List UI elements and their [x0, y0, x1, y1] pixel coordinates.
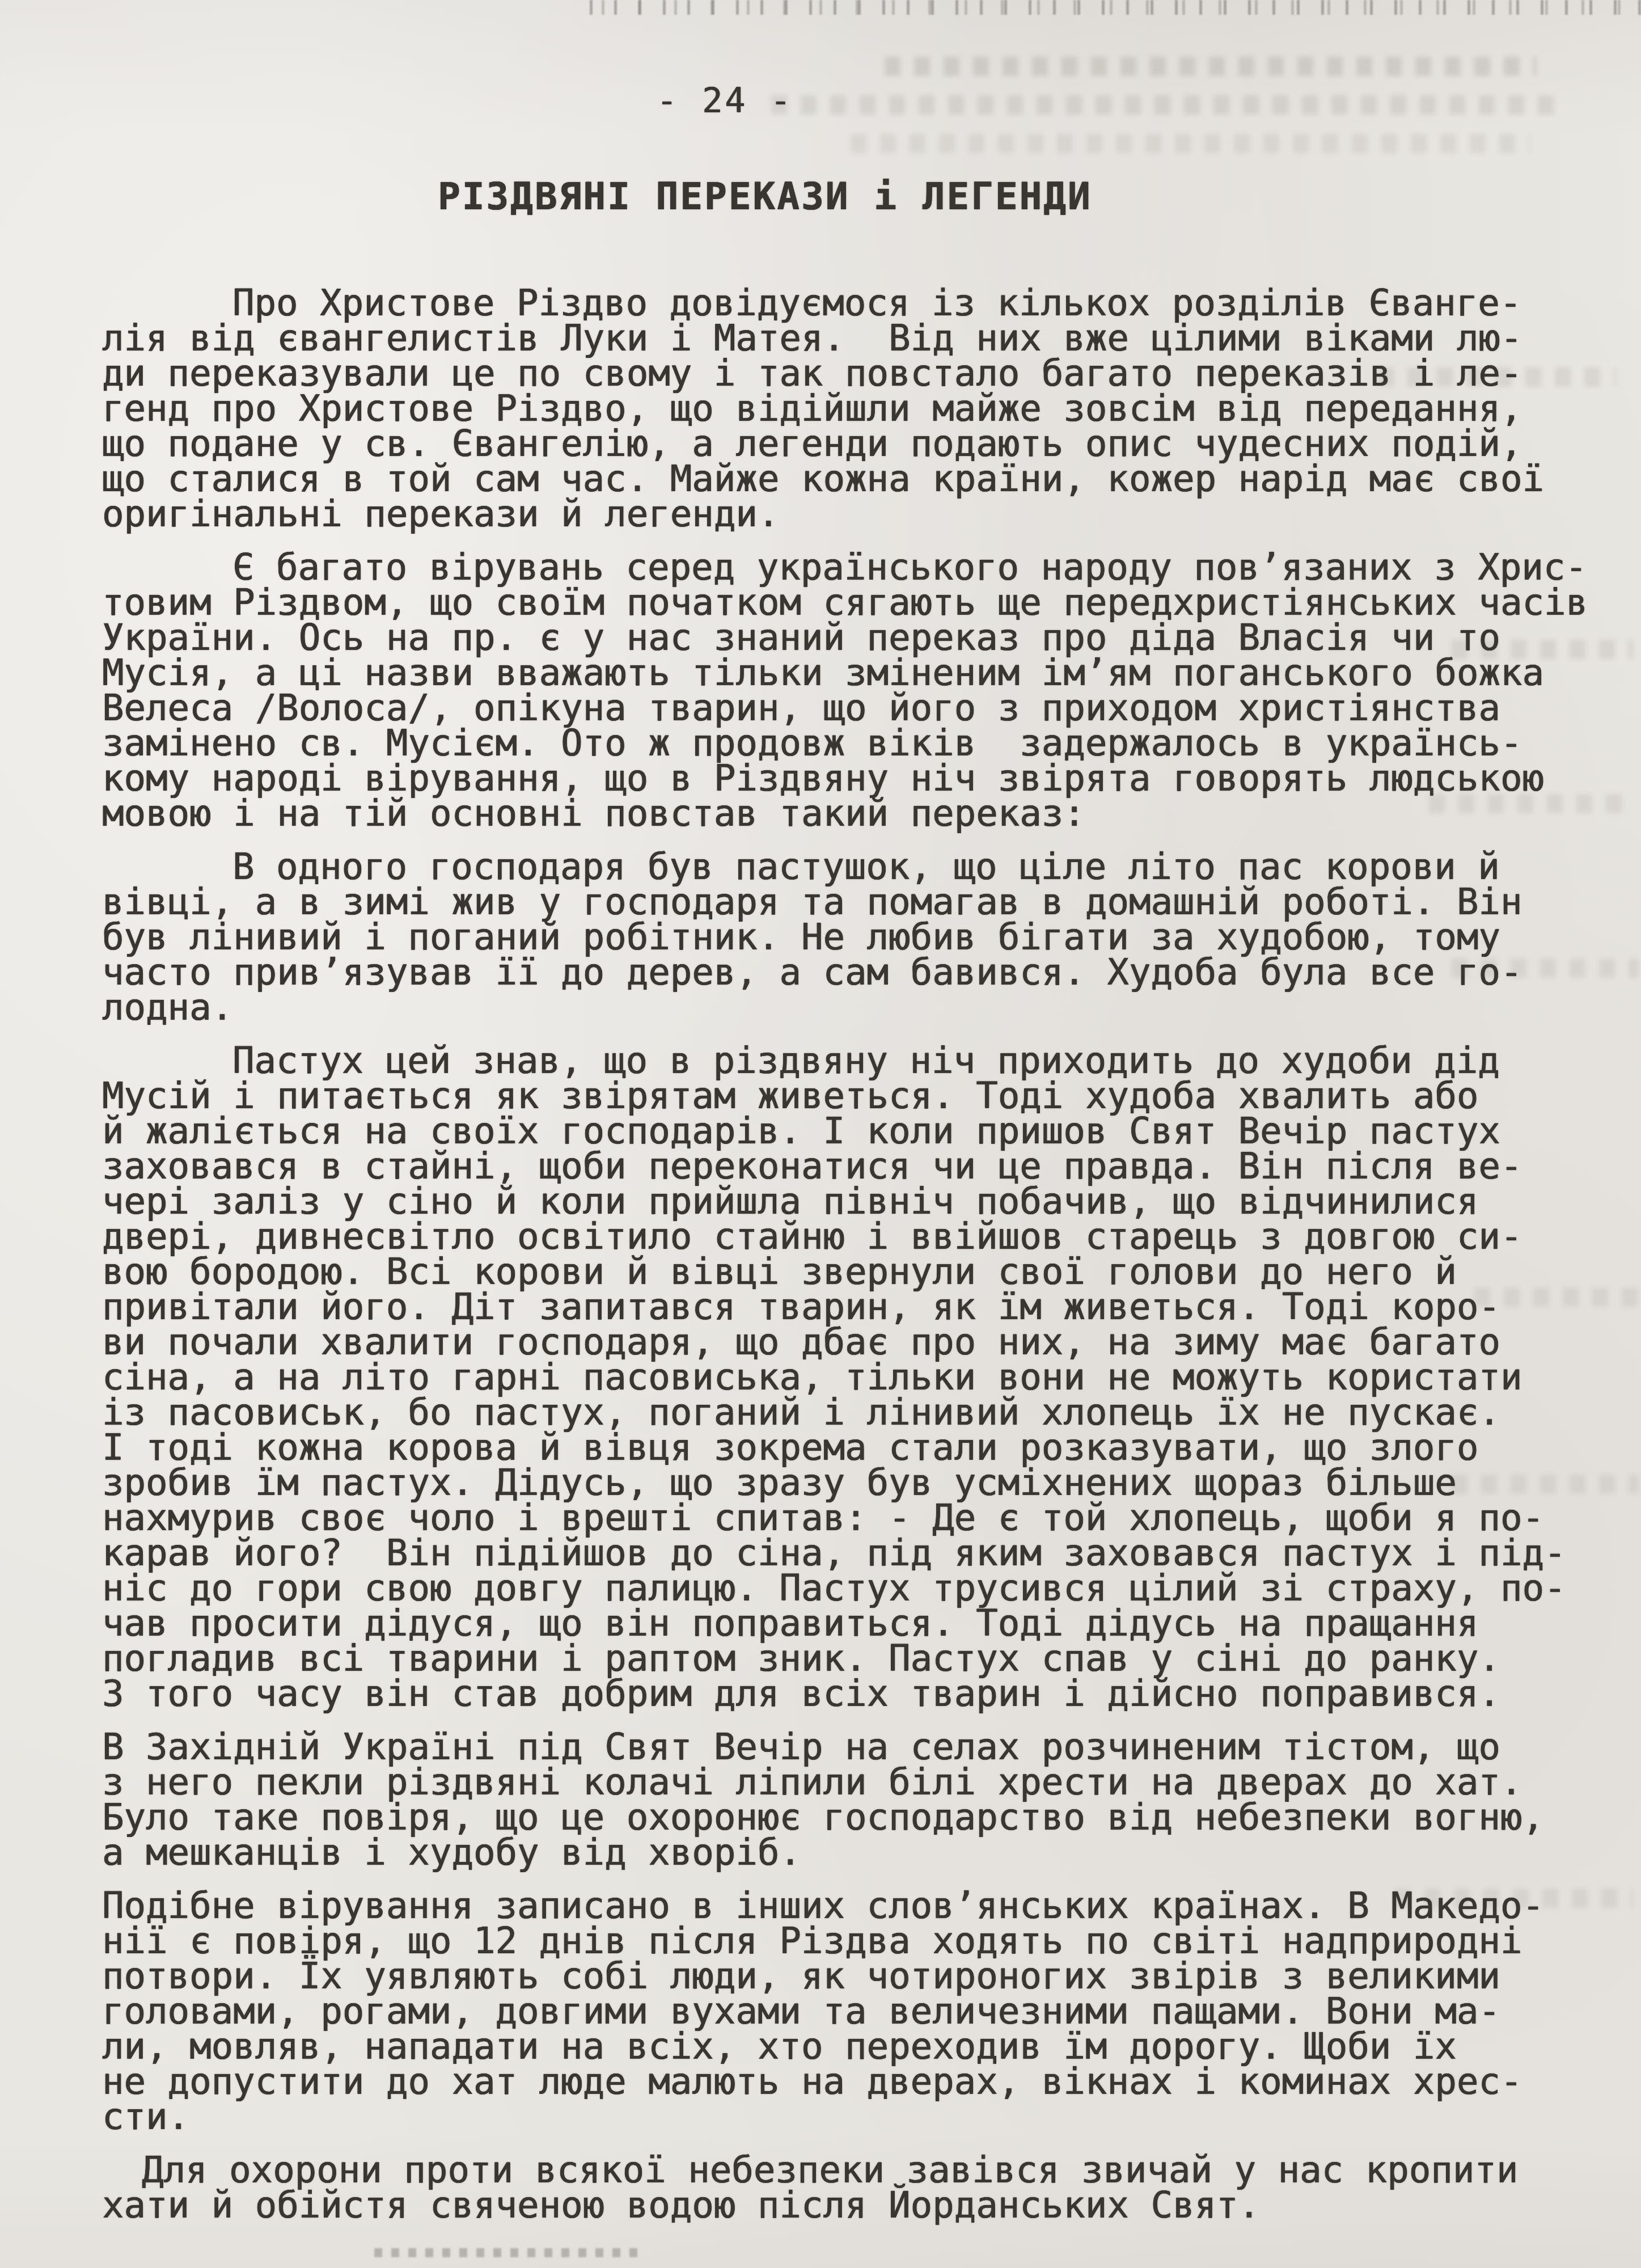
- document-body: Про Христове Різдво довідуємося із кільк…: [102, 286, 1615, 2241]
- text-line: був лінивий і поганий робітник. Не любив…: [102, 920, 1615, 955]
- text-line: лія від євангелистів Луки і Матея. Від н…: [102, 321, 1615, 356]
- text-line: сіна, а на літо гарні пасовиська, тільки…: [102, 1360, 1615, 1395]
- text-line: вівці, а в зимі жив у господаря та помаг…: [102, 885, 1615, 920]
- text-line: В одного господаря був пастушок, що ціле…: [102, 850, 1615, 885]
- text-line: не допустити до хат люде малють на двера…: [102, 2064, 1615, 2100]
- text-line: сти.: [102, 2100, 1615, 2135]
- text-line: Пастух цей знав, що в різдвяну ніч прихо…: [102, 1044, 1615, 1079]
- text-line: зробив їм пастух. Дідусь, що зразу був у…: [102, 1465, 1615, 1501]
- text-line: ли, мовляв, нападати на всіх, хто перехо…: [102, 2029, 1615, 2064]
- text-line: І тоді кожна корова й вівця зокрема стал…: [102, 1430, 1615, 1465]
- text-line: України. Ось на пр. є у нас знаний перек…: [102, 620, 1615, 656]
- text-line: Про Христове Різдво довідуємося із кільк…: [102, 286, 1615, 321]
- paragraph: В одного господаря був пастушок, що ціле…: [102, 850, 1615, 1025]
- text-line: Мусій і питається як звірятам живеться. …: [102, 1079, 1615, 1114]
- text-line: Було таке повіря, що це охоронює господа…: [102, 1800, 1615, 1835]
- text-line: Є багато вірувань серед українського нар…: [102, 550, 1615, 585]
- text-line: нахмурив своє чоло і врешті спитав: - Де…: [102, 1501, 1615, 1536]
- text-line: В Західній Україні під Свят Вечір на сел…: [102, 1730, 1615, 1765]
- text-line: привітали його. Діт запитався тварин, як…: [102, 1290, 1615, 1325]
- page-title: РІЗДВЯНІ ПЕРЕКАЗИ і ЛЕГЕНДИ: [438, 177, 1092, 217]
- text-line: погладив всі тварини і раптом зник. Паст…: [102, 1641, 1615, 1676]
- text-line: ви почали хвалити господаря, що дбає про…: [102, 1325, 1615, 1360]
- text-line: товим Різдвом, що своїм початком сягають…: [102, 585, 1615, 620]
- text-line: а мешканців і худобу від хворіб.: [102, 1835, 1615, 1870]
- text-line: З того часу він став добрим для всіх тва…: [102, 1676, 1615, 1712]
- text-line: ніс до гори свою довгу палицю. Пастух тр…: [102, 1571, 1615, 1606]
- text-line: оригінальні перекази й легенди.: [102, 497, 1615, 532]
- paragraph: Пастух цей знав, що в різдвяну ніч прихо…: [102, 1044, 1615, 1712]
- page-number: - 24 -: [657, 84, 793, 118]
- text-line: із пасовиськ, бо пастух, поганий і лінив…: [102, 1395, 1615, 1430]
- text-line: чері заліз у сіно й коли прийшла північ …: [102, 1184, 1615, 1219]
- text-line: кому народі вірування, що в Різдвяну ніч…: [102, 761, 1615, 796]
- text-line: нії є повіря, що 12 днів після Різдва хо…: [102, 1924, 1615, 1959]
- scan-noise-top-edge: [590, 0, 1641, 15]
- text-line: Мусія, а ці назви вважають тільки змінен…: [102, 656, 1615, 691]
- text-line: хати й обійстя свяченою водою після Йорд…: [102, 2188, 1615, 2223]
- text-line: замінено св. Мусієм. Ото ж продовж віків…: [102, 726, 1615, 761]
- paragraph: Про Христове Різдво довідуємося із кільк…: [102, 286, 1615, 532]
- text-line: мовою і на тій основні повстав такий пер…: [102, 796, 1615, 831]
- scan-noise-bottom-edge: [374, 2248, 641, 2257]
- scanned-page: - 24 - РІЗДВЯНІ ПЕРЕКАЗИ і ЛЕГЕНДИ Про Х…: [0, 0, 1641, 2268]
- ghost-text-artifact: [771, 95, 1554, 115]
- text-line: з него пекли різдвяні колачі ліпили білі…: [102, 1765, 1615, 1800]
- paragraph: В Західній Україні під Свят Вечір на сел…: [102, 1730, 1615, 1870]
- text-line: карав його? Він підійшов до сіна, під як…: [102, 1536, 1615, 1571]
- text-line: двері, дивнесвітло освітило стайню і вві…: [102, 1219, 1615, 1255]
- text-line: генд про Христове Різдво, що відійшли ма…: [102, 391, 1615, 426]
- text-line: що сталися в той сам час. Майже кожна кр…: [102, 462, 1615, 497]
- paragraph: Подібне вірування записано в інших слов’…: [102, 1889, 1615, 2135]
- text-line: головами, рогами, довгими вухами та вели…: [102, 1994, 1615, 2029]
- text-line: ди переказували це по свому і так повста…: [102, 356, 1615, 391]
- text-line: заховався в стайні, щоби переконатися чи…: [102, 1149, 1615, 1184]
- text-line: Подібне вірування записано в інших слов’…: [102, 1889, 1615, 1924]
- paragraph: Для охорони проти всякої небезпеки завів…: [102, 2153, 1615, 2223]
- text-line: чав просити дідуся, що він поправиться. …: [102, 1606, 1615, 1641]
- text-line: й жаліється на своїх господарів. І коли …: [102, 1114, 1615, 1149]
- text-line: Велеса /Волоса/, опікуна тварин, що його…: [102, 691, 1615, 726]
- ghost-text-artifact: [851, 134, 1531, 153]
- paragraph: Є багато вірувань серед українського нар…: [102, 550, 1615, 831]
- text-line: лодна.: [102, 990, 1615, 1025]
- text-line: що подане у св. Євангелію, а легенди под…: [102, 426, 1615, 462]
- text-line: часто прив’язував її до дерев, а сам бав…: [102, 955, 1615, 990]
- text-line: потвори. Їх уявляють собі люди, як чотир…: [102, 1959, 1615, 1994]
- text-line: вою бородою. Всі корови й вівці звернули…: [102, 1255, 1615, 1290]
- ghost-text-artifact: [885, 57, 1537, 76]
- text-line: Для охорони проти всякої небезпеки завів…: [102, 2153, 1615, 2188]
